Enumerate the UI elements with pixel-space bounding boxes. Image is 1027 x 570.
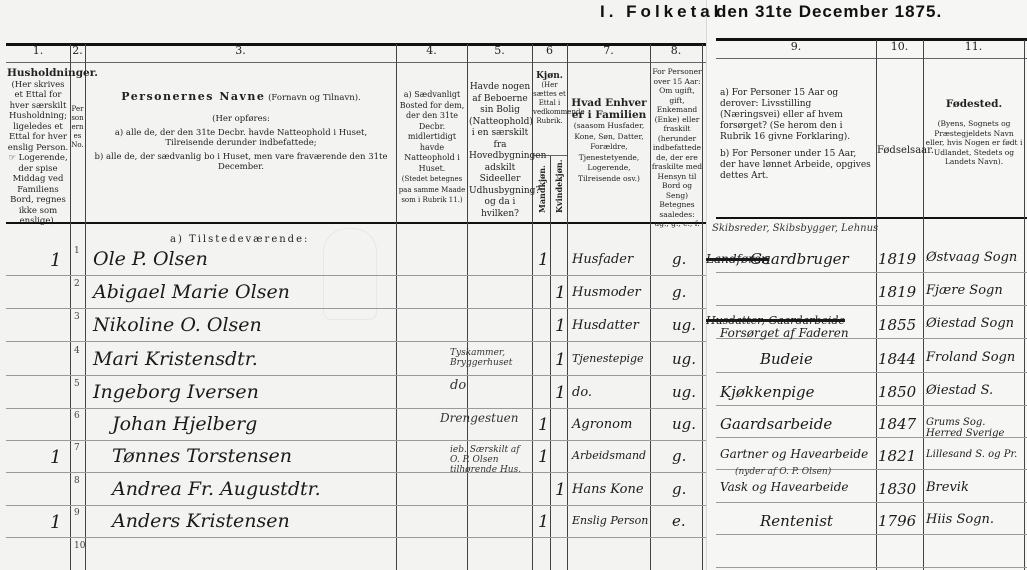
col-4-header: a) Sædvanligt Bosted for dem, der den 31… <box>398 90 466 206</box>
birthplace: Hiis Sogn. <box>926 514 1024 525</box>
occupation: Budeie <box>760 350 813 368</box>
col-1-note: ☞ Logerende, der spise Middag ved Famili… <box>8 153 67 226</box>
household-mark: 1 <box>50 447 61 468</box>
row-rule <box>6 308 706 309</box>
family-role: Husmoder <box>572 285 641 300</box>
household-mark: 1 <box>50 512 61 533</box>
birthplace: Brevik <box>926 482 1024 493</box>
col-1-heading: Husholdninger. <box>7 67 98 79</box>
col-10-header: Fødselsaar. <box>877 143 923 158</box>
row-number: 5 <box>74 379 80 389</box>
col-3-number: 3. <box>85 44 396 57</box>
civil-status: g. <box>672 447 686 465</box>
col-7-header: Hvad Enhver er i Familien (saasom Husfad… <box>569 98 649 184</box>
col-1-header: Husholdninger. (Her skrives et Ettal for… <box>7 68 69 227</box>
col-9-item-b: b) For Personer under 15 Aar, der have l… <box>720 149 872 182</box>
civil-status: ug. <box>672 316 696 334</box>
civil-status: e. <box>672 512 686 530</box>
col-3-header: Personernes Navne (Fornavn og Tilnavn). … <box>90 92 392 173</box>
female-mark: 1 <box>555 283 566 303</box>
col-6-number: 6 <box>532 44 567 57</box>
civil-status: g. <box>672 283 686 301</box>
row-number: 6 <box>74 411 80 421</box>
birth-year: 1855 <box>878 316 916 334</box>
male-mark: 1 <box>538 447 549 467</box>
family-role: Hans Kone <box>572 482 644 497</box>
row-number: 10 <box>74 541 85 551</box>
row-rule <box>716 305 1027 306</box>
occupation: Forsørget af Faderen <box>720 326 849 340</box>
person-name: Anders Kristensen <box>112 510 290 532</box>
col-5-header: Havde nogen af Beboerne sin Bolig (Natte… <box>469 82 531 220</box>
birthplace: Froland Sogn <box>926 352 1024 363</box>
col-3-item-a: a) alle de, der den 31te Decbr. havde Na… <box>90 128 392 149</box>
male-mark: 1 <box>538 415 549 435</box>
col-4-note: (Stedet betegnes paa samme Maade som i R… <box>399 175 466 204</box>
col-7-heading: Hvad Enhver er i Familien <box>571 97 646 121</box>
row-number: 3 <box>74 312 80 322</box>
col-4-number: 4. <box>396 44 467 57</box>
row-number: 1 <box>74 246 80 256</box>
person-name: Nikoline O. Olsen <box>93 314 262 336</box>
col-9-item-a: a) For Personer 15 Aar og derover: Livss… <box>720 88 872 143</box>
col-8-header: For Personer over 15 Aar: Om ugift, gift… <box>651 67 703 229</box>
usual-residence: ieb. Særskilt af O. P. Olsen tilhørende … <box>450 445 530 475</box>
col-7-text: (saasom Husfader, Kone, Søn, Datter, For… <box>574 121 644 183</box>
col-11-text: (Byens, Sognets og Præstegjeldets Navn e… <box>926 119 1023 166</box>
usual-residence: Drengestuen <box>440 413 520 423</box>
row-rule <box>6 537 706 538</box>
person-name: Mari Kristensdtr. <box>93 348 258 370</box>
col-divider <box>396 44 397 570</box>
col-3-intro: (Her opføres: <box>212 114 270 124</box>
female-mark: 1 <box>555 316 566 336</box>
col-6-male-label: Mandkjøn. <box>537 165 547 213</box>
occupation: Gartner og Havearbeide <box>720 447 868 461</box>
col-3-heading: Personernes Navne <box>121 90 265 103</box>
birth-year: 1847 <box>878 415 916 433</box>
birth-year: 1850 <box>878 383 916 401</box>
birth-year: 1844 <box>878 350 916 368</box>
person-name: Abigael Marie Olsen <box>93 281 290 303</box>
person-name: Ingeborg Iversen <box>93 381 259 403</box>
occupation: Gaardbruger <box>750 250 849 268</box>
col-divider <box>467 44 468 570</box>
household-mark: 1 <box>50 250 61 271</box>
col-10-number: 10. <box>876 40 923 53</box>
col-11-number: 11. <box>923 40 1024 53</box>
row-rule <box>716 405 1027 406</box>
birth-year: 1830 <box>878 480 916 498</box>
birthplace: Øiestad Sogn <box>926 318 1024 329</box>
col-5-number: 5. <box>467 44 532 57</box>
occupation-note: Skibsreder, Skibsbygger, Lehnus <box>712 224 878 234</box>
birthplace: Østvaag Sogn <box>926 252 1024 263</box>
family-role: Tjenestepige <box>572 352 644 365</box>
birth-year: 1819 <box>878 283 916 301</box>
col-3-subheading: (Fornavn og Tilnavn). <box>268 93 361 103</box>
female-mark: 1 <box>555 350 566 370</box>
civil-status: ug. <box>672 350 696 368</box>
row-rule <box>6 341 706 342</box>
col-7-number: 7. <box>567 44 650 57</box>
row-rule <box>6 505 706 506</box>
row-rule <box>716 272 1027 273</box>
col-6-header: Kjøn. (Her sættes et Ettal i vedkommende… <box>533 72 566 126</box>
person-name: Ole P. Olsen <box>93 248 208 270</box>
col-divider <box>567 44 568 570</box>
col-9-header: a) For Personer 15 Aar og derover: Livss… <box>720 88 872 182</box>
col-divider <box>85 44 86 570</box>
birthplace: Lillesand S. og Pr. <box>926 449 1024 460</box>
watermark-seal <box>323 228 377 320</box>
occupation: Vask og Havearbeide <box>720 480 848 494</box>
male-mark: 1 <box>538 250 549 270</box>
occupation: Kjøkkenpige <box>720 383 814 401</box>
col-9-number: 9. <box>716 40 876 53</box>
row-number: 7 <box>74 443 80 453</box>
male-mark: 1 <box>538 512 549 532</box>
person-name: Andrea Fr. Augustdtr. <box>112 478 321 500</box>
row-rule <box>6 375 706 376</box>
family-role: Agronom <box>572 417 632 432</box>
document-title-left: I. Folketal <box>600 2 722 22</box>
col-divider <box>550 155 551 570</box>
col-6-female-label: Kvindekjøn. <box>554 159 564 213</box>
col-8-note: Betegnes saaledes: ug., g., e., f. <box>654 200 699 228</box>
colnum-rule-right <box>716 58 1027 59</box>
row-number: 4 <box>74 346 80 356</box>
birth-year: 1821 <box>878 447 916 465</box>
family-role: do. <box>572 385 592 400</box>
birthplace: Grums Sog. Herred Sverige <box>926 417 1024 439</box>
row-rule <box>6 408 706 409</box>
col-3-item-b: b) alle de, der sædvanlig bo i Huset, me… <box>90 152 392 173</box>
colnum-rule-left <box>6 62 706 63</box>
row-number: 9 <box>74 508 80 518</box>
occupation: Rentenist <box>760 512 833 530</box>
row-rule <box>6 472 706 473</box>
col-4-text: a) Sædvanligt Bosted for dem, der den 31… <box>400 90 465 173</box>
usual-residence: do <box>450 381 530 391</box>
person-name: Johan Hjelberg <box>112 413 257 435</box>
row-rule <box>716 502 1027 503</box>
col-1-number: 1. <box>6 44 70 57</box>
female-mark: 1 <box>555 480 566 500</box>
document-title-right: den 31te December 1875. <box>716 2 942 22</box>
family-role: Husfader <box>572 252 633 267</box>
col-11-header: Fødested. (Byens, Sognets og Præstegjeld… <box>925 100 1023 167</box>
row-rule <box>716 372 1027 373</box>
col-2-header: Personernes No. <box>70 105 85 150</box>
row-rule <box>6 440 706 441</box>
row-rule <box>6 275 706 276</box>
female-mark: 1 <box>555 383 566 403</box>
occupation: Gaardsarbeide <box>720 415 832 433</box>
family-role: Arbeidsmand <box>572 449 646 462</box>
row-rule <box>716 567 1027 568</box>
col-8-number: 8. <box>650 44 702 57</box>
section-label: a) Tilstedeværende: <box>170 234 309 245</box>
col-8-text: For Personer over 15 Aar: Om ugift, gift… <box>652 67 702 200</box>
civil-status: g. <box>672 250 686 268</box>
family-role: Husdatter <box>572 318 639 333</box>
row-rule <box>716 534 1027 535</box>
row-number: 8 <box>74 476 80 486</box>
col-11-heading: Fødested. <box>946 98 1002 110</box>
civil-status: ug. <box>672 383 696 401</box>
col-2-number: 2. <box>70 44 85 57</box>
usual-residence: Tyskammer, Bryggerhuset <box>450 348 530 368</box>
col-1-text: (Her skrives et Ettal for hver særskilt … <box>8 80 69 153</box>
header-bottom-rule-right <box>716 217 1027 219</box>
birthplace: Øiestad S. <box>926 385 1024 396</box>
person-name: Tønnes Torstensen <box>112 445 292 467</box>
occupation-note: (nyder af O. P. Olsen) <box>735 467 831 477</box>
civil-status: g. <box>672 480 686 498</box>
col-6-heading: Kjøn. <box>536 71 563 81</box>
birthplace: Fjære Sogn <box>926 285 1024 296</box>
header-bottom-rule-left <box>6 222 706 224</box>
row-number: 2 <box>74 279 80 289</box>
birth-year: 1819 <box>878 250 916 268</box>
birth-year: 1796 <box>878 512 916 530</box>
civil-status: ug. <box>672 415 696 433</box>
family-role: Enslig Person <box>572 514 648 527</box>
